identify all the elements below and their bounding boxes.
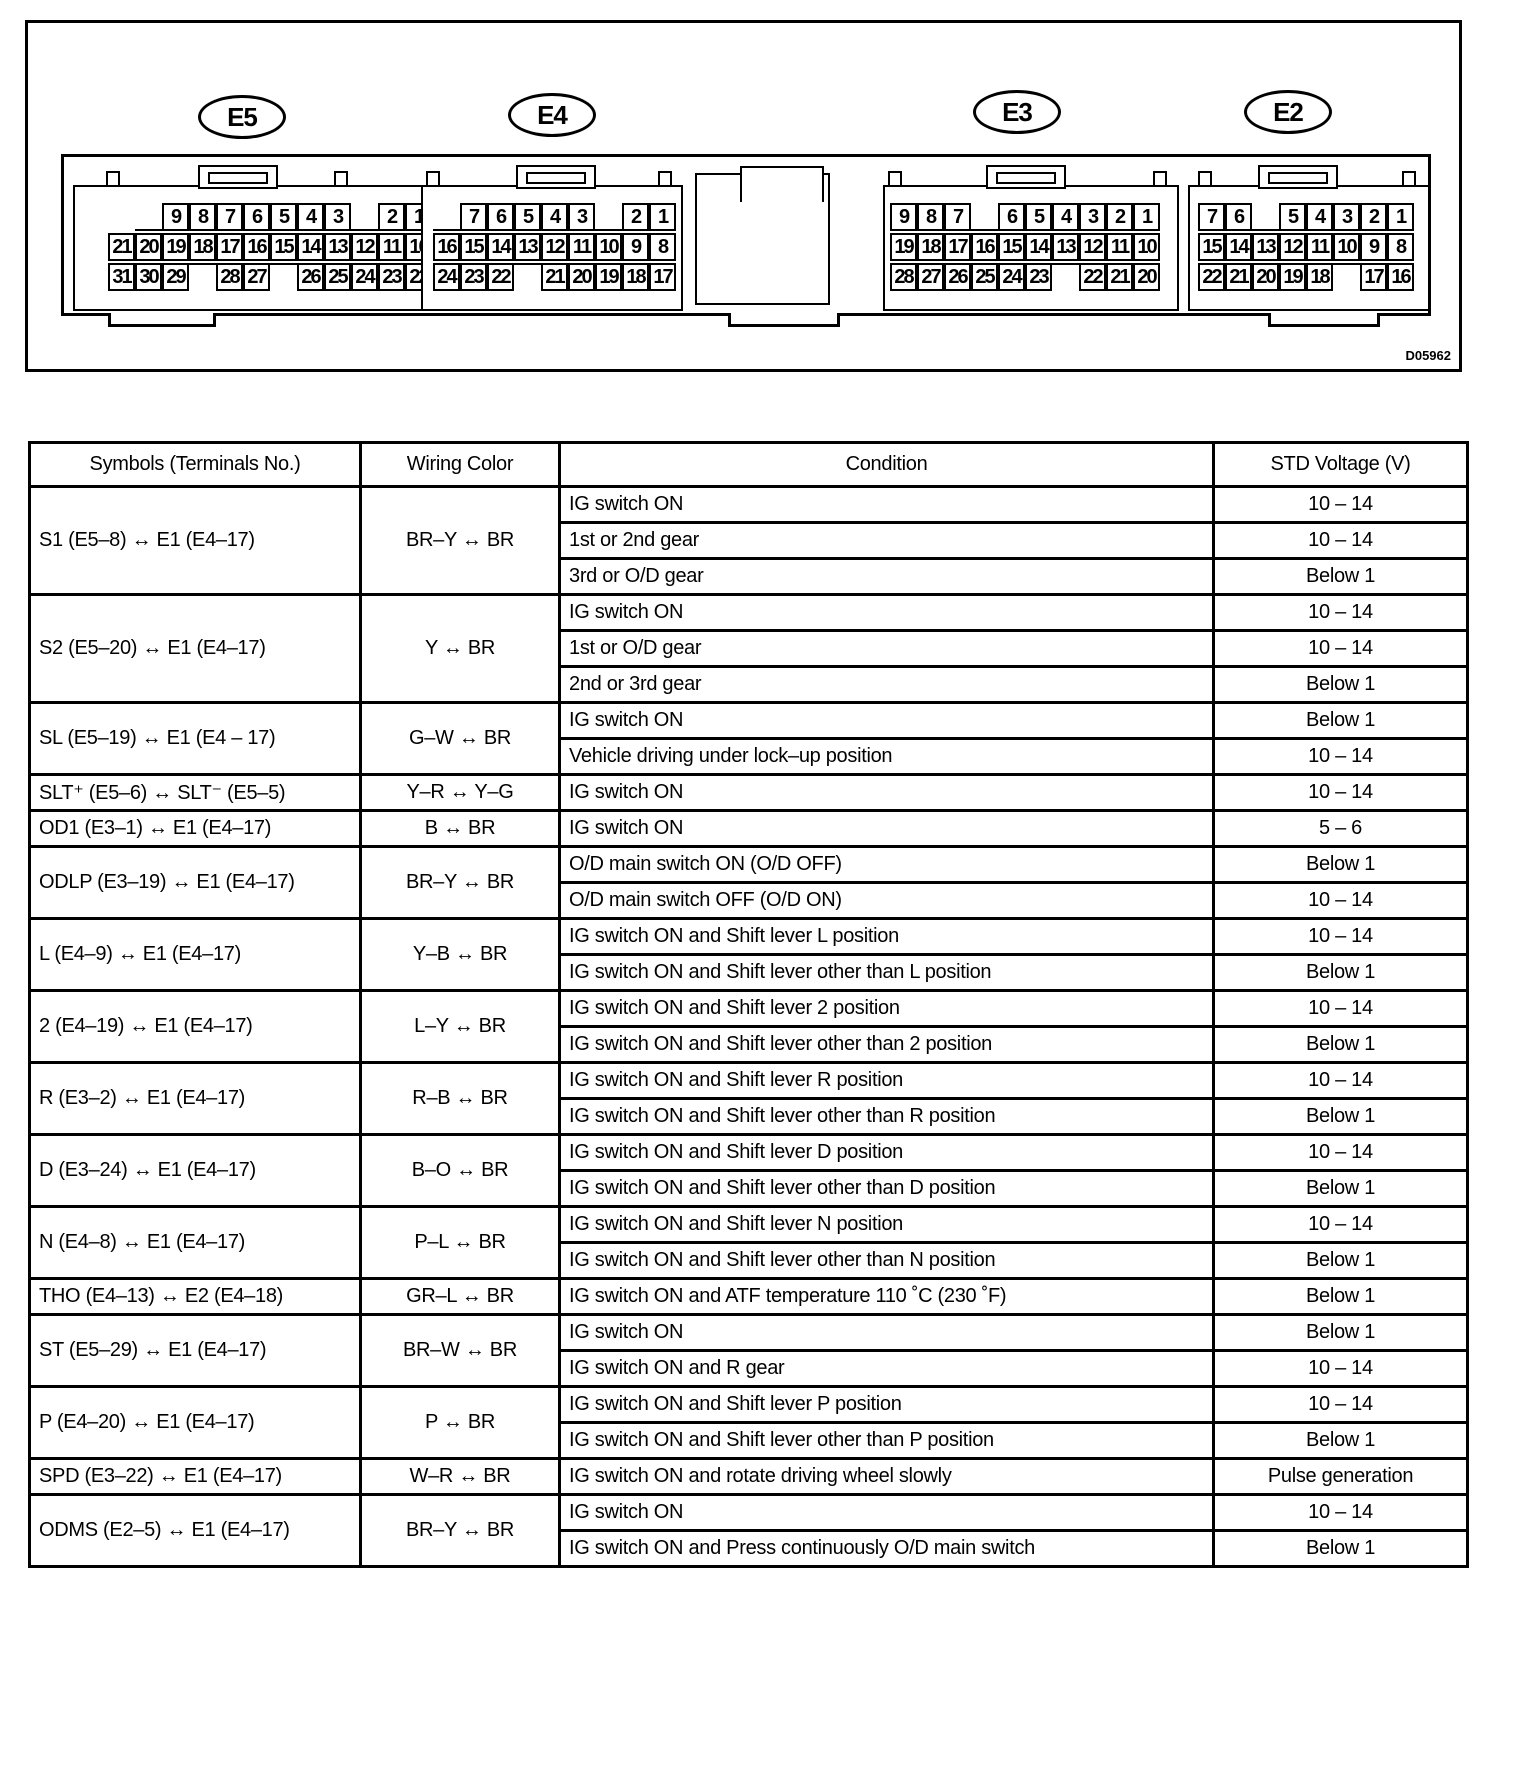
terminal-symbol: SL (E5–19) ↔ E1 (E4 – 17) xyxy=(30,703,361,775)
pin: 16 xyxy=(243,233,270,261)
housing-foot xyxy=(728,313,840,327)
std-voltage: Below 1 xyxy=(1214,1027,1468,1063)
terminal-symbol: ST (E5–29) ↔ E1 (E4–17) xyxy=(30,1315,361,1387)
std-voltage: Below 1 xyxy=(1214,1171,1468,1207)
pin-empty xyxy=(135,203,162,231)
wiring-color: R–B ↔ BR xyxy=(361,1063,560,1135)
pin: 11 xyxy=(1106,233,1133,261)
wiring-color: L–Y ↔ BR xyxy=(361,991,560,1063)
condition: IG switch ON and Shift lever 2 position xyxy=(560,991,1214,1027)
std-voltage: 10 – 14 xyxy=(1214,1207,1468,1243)
table-header-row: Symbols (Terminals No.) Wiring Color Con… xyxy=(30,443,1468,487)
pin: 18 xyxy=(917,233,944,261)
terminal-symbol: OD1 (E3–1) ↔ E1 (E4–17) xyxy=(30,811,361,847)
wiring-color: Y ↔ BR xyxy=(361,595,560,703)
pin: 6 xyxy=(243,203,270,231)
pin: 4 xyxy=(1052,203,1079,231)
housing-foot xyxy=(1268,313,1380,327)
pin: 20 xyxy=(568,263,595,291)
pin: 13 xyxy=(1252,233,1279,261)
pin: 14 xyxy=(1025,233,1052,261)
std-voltage: 5 – 6 xyxy=(1214,811,1468,847)
std-voltage: Below 1 xyxy=(1214,1279,1468,1315)
condition: IG switch ON xyxy=(560,811,1214,847)
std-voltage: 10 – 14 xyxy=(1214,631,1468,667)
terminal-symbol: L (E4–9) ↔ E1 (E4–17) xyxy=(30,919,361,991)
pin: 14 xyxy=(1225,233,1252,261)
pin: 2 xyxy=(1360,203,1387,231)
pin: 9 xyxy=(1360,233,1387,261)
wiring-color: B–O ↔ BR xyxy=(361,1135,560,1207)
std-voltage: Below 1 xyxy=(1214,559,1468,595)
condition: IG switch ON and Shift lever N position xyxy=(560,1207,1214,1243)
housing-foot xyxy=(108,313,216,327)
pin: 2 xyxy=(1106,203,1133,231)
pin: 7 xyxy=(944,203,971,231)
pin: 13 xyxy=(1052,233,1079,261)
pin: 12 xyxy=(541,233,568,261)
connector-tab xyxy=(1153,171,1167,187)
std-voltage: Below 1 xyxy=(1214,1243,1468,1279)
pin: 28 xyxy=(216,263,243,291)
std-voltage: Pulse generation xyxy=(1214,1459,1468,1495)
pin: 25 xyxy=(971,263,998,291)
pin: 4 xyxy=(297,203,324,231)
terminal-symbol: SPD (E3–22) ↔ E1 (E4–17) xyxy=(30,1459,361,1495)
pin: 13 xyxy=(514,233,541,261)
condition: IG switch ON and Shift lever L position xyxy=(560,919,1214,955)
pin: 20 xyxy=(135,233,162,261)
wiring-color: G–W ↔ BR xyxy=(361,703,560,775)
std-voltage: 10 – 14 xyxy=(1214,1351,1468,1387)
condition: IG switch ON xyxy=(560,775,1214,811)
pin: 28 xyxy=(890,263,917,291)
std-voltage: Below 1 xyxy=(1214,667,1468,703)
condition: IG switch ON xyxy=(560,1495,1214,1531)
pin: 2 xyxy=(378,203,405,231)
connector-tab xyxy=(658,171,672,187)
pin: 21 xyxy=(1106,263,1133,291)
connector-latch xyxy=(198,165,278,189)
wiring-color: GR–L ↔ BR xyxy=(361,1279,560,1315)
pin: 10 xyxy=(1333,233,1360,261)
terminal-voltage-table: Symbols (Terminals No.) Wiring Color Con… xyxy=(28,441,1469,1568)
pin: 6 xyxy=(487,203,514,231)
pin: 14 xyxy=(487,233,514,261)
condition: IG switch ON xyxy=(560,487,1214,523)
pin: 23 xyxy=(460,263,487,291)
pin: 4 xyxy=(541,203,568,231)
header-std-voltage: STD Voltage (V) xyxy=(1214,443,1468,487)
pin: 16 xyxy=(971,233,998,261)
pin: 7 xyxy=(460,203,487,231)
std-voltage: Below 1 xyxy=(1214,955,1468,991)
connector-latch xyxy=(1258,165,1338,189)
pin: 18 xyxy=(189,233,216,261)
table-row: N (E4–8) ↔ E1 (E4–17)P–L ↔ BRIG switch O… xyxy=(30,1207,1468,1243)
pin: 4 xyxy=(1306,203,1333,231)
wiring-color: Y–R ↔ Y–G xyxy=(361,775,560,811)
condition: 2nd or 3rd gear xyxy=(560,667,1214,703)
condition: IG switch ON xyxy=(560,703,1214,739)
std-voltage: 10 – 14 xyxy=(1214,1135,1468,1171)
terminal-symbol: R (E3–2) ↔ E1 (E4–17) xyxy=(30,1063,361,1135)
std-voltage: 10 – 14 xyxy=(1214,919,1468,955)
table-row: S2 (E5–20) ↔ E1 (E4–17)Y ↔ BRIG switch O… xyxy=(30,595,1468,631)
std-voltage: 10 – 14 xyxy=(1214,739,1468,775)
pin: 9 xyxy=(622,233,649,261)
wiring-color: BR–Y ↔ BR xyxy=(361,487,560,595)
pin: 10 xyxy=(1133,233,1160,261)
header-wiring-color: Wiring Color xyxy=(361,443,560,487)
pin: 29 xyxy=(162,263,189,291)
pin: 27 xyxy=(917,263,944,291)
condition: Vehicle driving under lock–up position xyxy=(560,739,1214,775)
std-voltage: Below 1 xyxy=(1214,1423,1468,1459)
connector-tab xyxy=(1198,171,1212,187)
pin: 15 xyxy=(270,233,297,261)
pin: 12 xyxy=(1079,233,1106,261)
pin: 11 xyxy=(378,233,405,261)
pin: 8 xyxy=(189,203,216,231)
condition: IG switch ON and rotate driving wheel sl… xyxy=(560,1459,1214,1495)
terminal-symbol: THO (E4–13) ↔ E2 (E4–18) xyxy=(30,1279,361,1315)
pin: 6 xyxy=(998,203,1025,231)
pin: 21 xyxy=(108,233,135,261)
table-row: R (E3–2) ↔ E1 (E4–17)R–B ↔ BRIG switch O… xyxy=(30,1063,1468,1099)
table-row: SPD (E3–22) ↔ E1 (E4–17)W–R ↔ BRIG switc… xyxy=(30,1459,1468,1495)
pin: 5 xyxy=(1025,203,1052,231)
connector-label-e3: E3 xyxy=(973,90,1061,134)
pin: 3 xyxy=(1079,203,1106,231)
wiring-color: P ↔ BR xyxy=(361,1387,560,1459)
pin: 19 xyxy=(595,263,622,291)
pin: 17 xyxy=(649,263,676,291)
wiring-color: BR–Y ↔ BR xyxy=(361,1495,560,1567)
pin: 10 xyxy=(595,233,622,261)
table-row: THO (E4–13) ↔ E2 (E4–18)GR–L ↔ BRIG swit… xyxy=(30,1279,1468,1315)
pin: 24 xyxy=(998,263,1025,291)
terminal-symbol: S1 (E5–8) ↔ E1 (E4–17) xyxy=(30,487,361,595)
table-row: ODLP (E3–19) ↔ E1 (E4–17)BR–Y ↔ BRO/D ma… xyxy=(30,847,1468,883)
pin: 8 xyxy=(1387,233,1414,261)
wiring-color: B ↔ BR xyxy=(361,811,560,847)
wiring-color: P–L ↔ BR xyxy=(361,1207,560,1279)
pin: 19 xyxy=(1279,263,1306,291)
pin: 2 xyxy=(622,203,649,231)
condition: O/D main switch ON (O/D OFF) xyxy=(560,847,1214,883)
condition: IG switch ON xyxy=(560,1315,1214,1351)
condition: IG switch ON and Shift lever P position xyxy=(560,1387,1214,1423)
connector-label-e5: E5 xyxy=(198,95,286,139)
pin-empty xyxy=(270,263,297,291)
table-row: S1 (E5–8) ↔ E1 (E4–17)BR–Y ↔ BRIG switch… xyxy=(30,487,1468,523)
pin-empty xyxy=(595,203,622,231)
table-row: SLT⁺ (E5–6) ↔ SLT⁻ (E5–5)Y–R ↔ Y–GIG swi… xyxy=(30,775,1468,811)
pin: 15 xyxy=(998,233,1025,261)
pin: 24 xyxy=(351,263,378,291)
condition: IG switch ON and Shift lever other than … xyxy=(560,1171,1214,1207)
pin: 1 xyxy=(649,203,676,231)
pin-empty xyxy=(433,203,460,231)
pin: 8 xyxy=(649,233,676,261)
pin: 24 xyxy=(433,263,460,291)
center-key-notch xyxy=(740,166,824,202)
condition: IG switch ON and Press continuously O/D … xyxy=(560,1531,1214,1567)
pin-empty xyxy=(189,263,216,291)
pin: 7 xyxy=(216,203,243,231)
table-row: D (E3–24) ↔ E1 (E4–17)B–O ↔ BRIG switch … xyxy=(30,1135,1468,1171)
condition: IG switch ON and Shift lever other than … xyxy=(560,1423,1214,1459)
std-voltage: 10 – 14 xyxy=(1214,487,1468,523)
table-row: SL (E5–19) ↔ E1 (E4 – 17)G–W ↔ BRIG swit… xyxy=(30,703,1468,739)
std-voltage: 10 – 14 xyxy=(1214,991,1468,1027)
pin: 15 xyxy=(460,233,487,261)
pin-empty xyxy=(1333,263,1360,291)
pin: 16 xyxy=(1387,263,1414,291)
pin: 21 xyxy=(541,263,568,291)
pin: 21 xyxy=(1225,263,1252,291)
table-row: L (E4–9) ↔ E1 (E4–17)Y–B ↔ BRIG switch O… xyxy=(30,919,1468,955)
pin: 1 xyxy=(1133,203,1160,231)
pin: 20 xyxy=(1252,263,1279,291)
std-voltage: 10 – 14 xyxy=(1214,883,1468,919)
pin: 14 xyxy=(297,233,324,261)
pin: 5 xyxy=(514,203,541,231)
std-voltage: Below 1 xyxy=(1214,847,1468,883)
pin: 13 xyxy=(324,233,351,261)
terminal-symbol: P (E4–20) ↔ E1 (E4–17) xyxy=(30,1387,361,1459)
pin: 22 xyxy=(1198,263,1225,291)
pin: 5 xyxy=(1279,203,1306,231)
table-row: P (E4–20) ↔ E1 (E4–17)P ↔ BRIG switch ON… xyxy=(30,1387,1468,1423)
std-voltage: Below 1 xyxy=(1214,1531,1468,1567)
std-voltage: 10 – 14 xyxy=(1214,1063,1468,1099)
pin: 30 xyxy=(135,263,162,291)
connector-latch xyxy=(986,165,1066,189)
connector-tab xyxy=(106,171,120,187)
pin: 26 xyxy=(944,263,971,291)
pin: 18 xyxy=(622,263,649,291)
connector-label-e4: E4 xyxy=(508,93,596,137)
pin: 26 xyxy=(297,263,324,291)
connector-tab xyxy=(426,171,440,187)
terminal-symbol: SLT⁺ (E5–6) ↔ SLT⁻ (E5–5) xyxy=(30,775,361,811)
pin: 5 xyxy=(270,203,297,231)
pin: 3 xyxy=(324,203,351,231)
pin: 16 xyxy=(433,233,460,261)
std-voltage: Below 1 xyxy=(1214,1315,1468,1351)
connector-label-e2: E2 xyxy=(1244,90,1332,134)
condition: IG switch ON and Shift lever other than … xyxy=(560,1027,1214,1063)
header-symbols: Symbols (Terminals No.) xyxy=(30,443,361,487)
terminal-symbol: N (E4–8) ↔ E1 (E4–17) xyxy=(30,1207,361,1279)
terminal-symbol: ODLP (E3–19) ↔ E1 (E4–17) xyxy=(30,847,361,919)
pin: 3 xyxy=(568,203,595,231)
pin: 25 xyxy=(324,263,351,291)
terminal-symbol: 2 (E4–19) ↔ E1 (E4–17) xyxy=(30,991,361,1063)
condition: O/D main switch OFF (O/D ON) xyxy=(560,883,1214,919)
std-voltage: Below 1 xyxy=(1214,1099,1468,1135)
pin: 20 xyxy=(1133,263,1160,291)
pin: 23 xyxy=(378,263,405,291)
condition: IG switch ON and Shift lever D position xyxy=(560,1135,1214,1171)
pin-empty xyxy=(351,203,378,231)
terminal-symbol: D (E3–24) ↔ E1 (E4–17) xyxy=(30,1135,361,1207)
table-row: ST (E5–29) ↔ E1 (E4–17)BR–W ↔ BRIG switc… xyxy=(30,1315,1468,1351)
std-voltage: 10 – 14 xyxy=(1214,775,1468,811)
pin: 8 xyxy=(917,203,944,231)
pin: 15 xyxy=(1198,233,1225,261)
std-voltage: 10 – 14 xyxy=(1214,1495,1468,1531)
condition: IG switch ON and R gear xyxy=(560,1351,1214,1387)
pin: 1 xyxy=(1387,203,1414,231)
pin-empty xyxy=(514,263,541,291)
pin: 17 xyxy=(1360,263,1387,291)
pin: 22 xyxy=(487,263,514,291)
pin: 11 xyxy=(568,233,595,261)
condition: 3rd or O/D gear xyxy=(560,559,1214,595)
figure-code: D05962 xyxy=(1405,348,1451,363)
connector-tab xyxy=(888,171,902,187)
pin: 22 xyxy=(1079,263,1106,291)
terminal-symbol: ODMS (E2–5) ↔ E1 (E4–17) xyxy=(30,1495,361,1567)
terminal-symbol: S2 (E5–20) ↔ E1 (E4–17) xyxy=(30,595,361,703)
wiring-color: W–R ↔ BR xyxy=(361,1459,560,1495)
connector-latch xyxy=(516,165,596,189)
pin: 19 xyxy=(890,233,917,261)
pin: 18 xyxy=(1306,263,1333,291)
condition: IG switch ON and Shift lever R position xyxy=(560,1063,1214,1099)
std-voltage: 10 – 14 xyxy=(1214,1387,1468,1423)
table-row: ODMS (E2–5) ↔ E1 (E4–17)BR–Y ↔ BRIG swit… xyxy=(30,1495,1468,1531)
ecu-connector-diagram: E5 E4 E3 E2 9876543212120191817161514131… xyxy=(25,20,1462,372)
condition: IG switch ON and ATF temperature 110 ˚C … xyxy=(560,1279,1214,1315)
pin-empty xyxy=(971,203,998,231)
pin: 12 xyxy=(1279,233,1306,261)
condition: IG switch ON and Shift lever other than … xyxy=(560,1099,1214,1135)
pin: 7 xyxy=(1198,203,1225,231)
pin-empty xyxy=(1252,203,1279,231)
condition: IG switch ON and Shift lever other than … xyxy=(560,955,1214,991)
connector-tab xyxy=(1402,171,1416,187)
pin-empty xyxy=(1052,263,1079,291)
table-row: OD1 (E3–1) ↔ E1 (E4–17)B ↔ BRIG switch O… xyxy=(30,811,1468,847)
pin: 17 xyxy=(944,233,971,261)
pin: 23 xyxy=(1025,263,1052,291)
condition: IG switch ON xyxy=(560,595,1214,631)
pin: 17 xyxy=(216,233,243,261)
pin: 3 xyxy=(1333,203,1360,231)
wiring-color: Y–B ↔ BR xyxy=(361,919,560,991)
connector-tab xyxy=(334,171,348,187)
condition: 1st or O/D gear xyxy=(560,631,1214,667)
std-voltage: Below 1 xyxy=(1214,703,1468,739)
pin: 9 xyxy=(890,203,917,231)
std-voltage: 10 – 14 xyxy=(1214,523,1468,559)
pin: 19 xyxy=(162,233,189,261)
pin: 6 xyxy=(1225,203,1252,231)
std-voltage: 10 – 14 xyxy=(1214,595,1468,631)
wiring-color: BR–Y ↔ BR xyxy=(361,847,560,919)
pin: 9 xyxy=(162,203,189,231)
pin: 12 xyxy=(351,233,378,261)
wiring-color: BR–W ↔ BR xyxy=(361,1315,560,1387)
pin: 31 xyxy=(108,263,135,291)
condition: 1st or 2nd gear xyxy=(560,523,1214,559)
pin: 27 xyxy=(243,263,270,291)
header-condition: Condition xyxy=(560,443,1214,487)
condition: IG switch ON and Shift lever other than … xyxy=(560,1243,1214,1279)
table-row: 2 (E4–19) ↔ E1 (E4–17)L–Y ↔ BRIG switch … xyxy=(30,991,1468,1027)
pin: 11 xyxy=(1306,233,1333,261)
